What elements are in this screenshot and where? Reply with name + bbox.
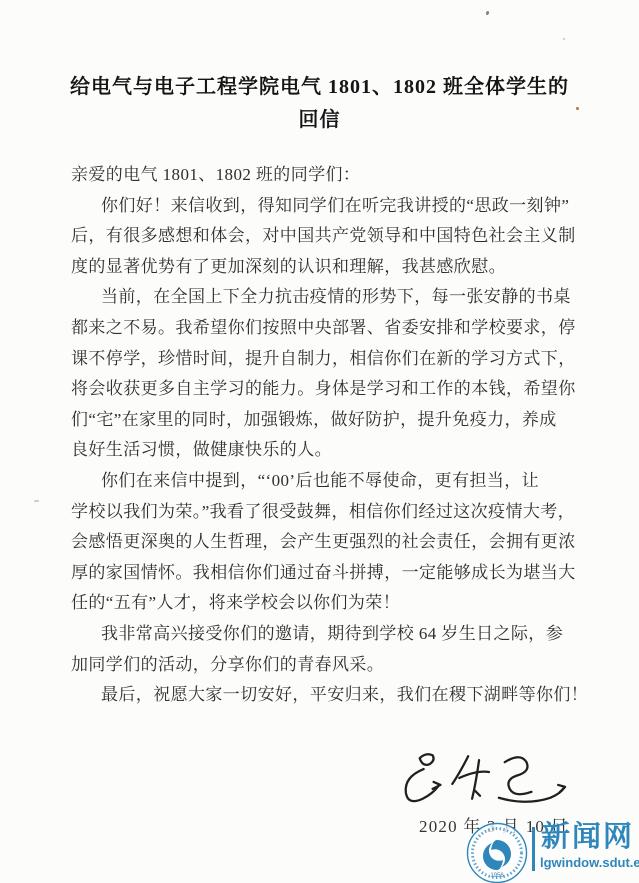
letter-line: 当前，在全国上下全力抗击疫情的形势下，每一张安静的书桌: [71, 282, 581, 313]
letter-line: 我非常高兴接受你们的邀请，期待到学校 64 岁生日之际，参: [71, 619, 581, 650]
letter-body: 亲爱的电气 1801、1802 班的同学们： 你们好！来信收到，得知同学们在听完…: [71, 160, 581, 711]
letter-line: 加同学们的活动，分享你们的青春风采。: [71, 650, 581, 681]
closing-line: 最后，祝愿大家一切安好，平安归来，我们在稷下湖畔等你们！: [71, 680, 581, 711]
letter-title-line2: 回信: [0, 104, 639, 137]
letter-line: 会感悟更深奥的人生哲理，会产生更强烈的社会责任，会拥有更浓: [71, 527, 581, 558]
letter-line: 们“宅”在家里的同时，加强锻炼，做好防护，提升免疫力，养成: [71, 405, 581, 436]
letter-line: 厚的家国情怀。我相信你们通过奋斗拼搏，一定能够成长为堪当大: [71, 558, 581, 589]
handwritten-signature-icon: [394, 746, 572, 808]
watermark-divider: [532, 827, 535, 871]
watermark-site-url: lgwindow.sdut.edu.cn: [540, 855, 639, 870]
watermark-site-name: 新闻网: [541, 820, 634, 854]
letter-line: 你们在来信中提到，“‘00’后也能不辱使命，更有担当，让: [71, 466, 581, 497]
letter-line: 后，有很多感想和体会，对中国共产党领导和中国特色社会主义制: [71, 221, 581, 252]
letter-title: 给电气与电子工程学院电气 1801、1802 班全体学生的 回信: [0, 71, 639, 137]
letter-line: 度的显著优势有了更加深刻的认识和理解，我甚感欣慰。: [71, 252, 581, 283]
seal-year-label: 1956: [490, 873, 504, 879]
letter-line: 任的“五有”人才，将来学校会以你们为荣！: [71, 588, 581, 619]
letter-line: 将会收获更多自主学习的能力。身体是学习和工作的本钱，希望你: [71, 374, 581, 405]
scan-speck: [485, 11, 489, 16]
salutation-line: 亲爱的电气 1801、1802 班的同学们：: [71, 160, 581, 191]
scan-speck: [34, 500, 39, 502]
letter-line: 都来之不易。我希望你们按照中央部署、省委安排和学校要求，停: [71, 313, 581, 344]
scan-speck: [576, 107, 579, 110]
letter-line: 学校以我们为荣。”我看了很受鼓舞，相信你们经过这次疫情大考，: [71, 497, 581, 528]
scanned-letter-page: 给电气与电子工程学院电气 1801、1802 班全体学生的 回信 亲爱的电气 1…: [0, 0, 639, 883]
letter-line: 良好生活习惯，做健康快乐的人。: [71, 435, 581, 466]
letter-title-line1: 给电气与电子工程学院电气 1801、1802 班全体学生的: [0, 71, 639, 104]
letter-line: 你们好！来信收到，得知同学们在听完我讲授的“思政一刻钟”: [71, 191, 581, 222]
letter-line: 课不停学，珍惜时间，提升自制力，相信你们在新的学习方式下，: [71, 344, 581, 375]
scan-speck: [563, 38, 565, 40]
university-seal-logo-icon: 1956: [466, 822, 528, 883]
